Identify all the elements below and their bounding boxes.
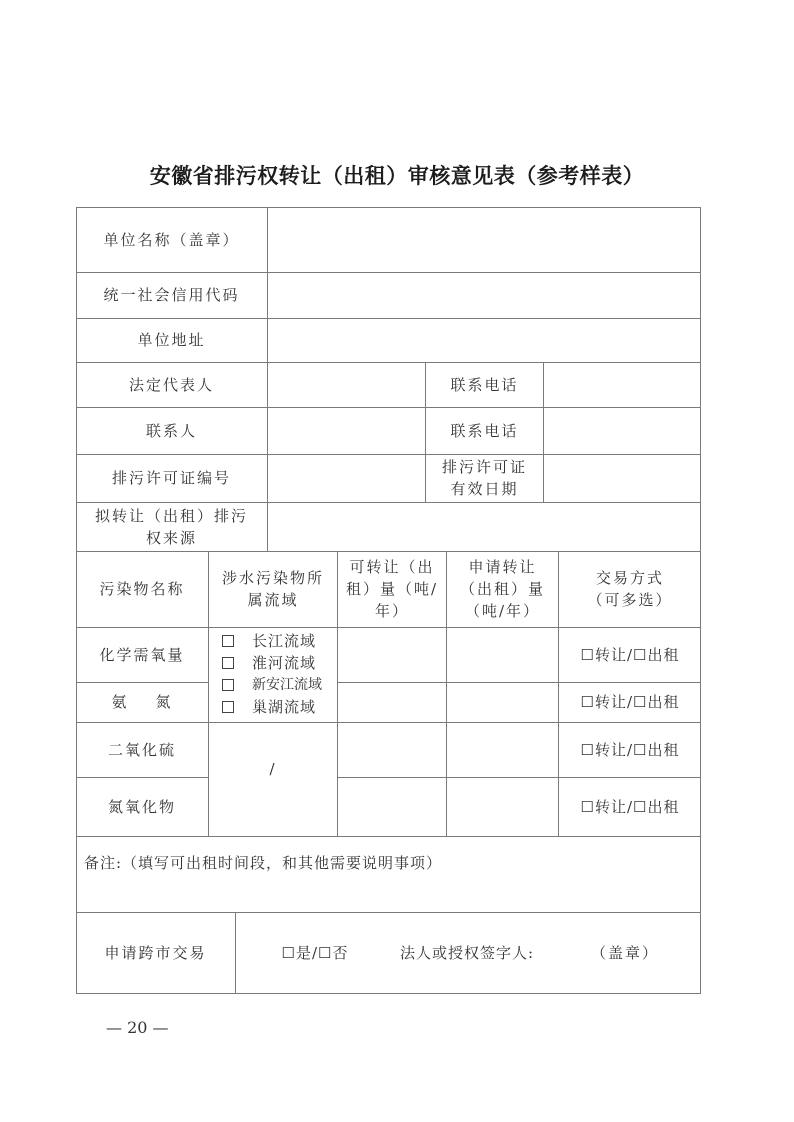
basin-checkbox-group: 长江流域 淮河流域 新安江流域 巢湖流域 — [208, 627, 337, 725]
transferable-field[interactable] — [338, 682, 446, 722]
page-number: — 20 — — [106, 1018, 169, 1037]
permit-valid-label: 排污许可证 有效日期 — [426, 454, 543, 502]
transferable-field[interactable] — [338, 722, 446, 777]
unit-name-label: 单位名称（盖章） — [76, 207, 267, 272]
permit-valid-field[interactable] — [544, 454, 701, 502]
header-mode-line1: 交易方式 — [596, 567, 664, 589]
header-apply-line1: 申请转让 — [468, 556, 536, 578]
apply-field[interactable] — [447, 627, 558, 682]
contact-field[interactable] — [268, 407, 425, 454]
header-transferable-line3: 年） — [375, 600, 409, 622]
header-transferable-line1: 可转让（出 — [349, 556, 434, 578]
cross-city-options[interactable]: ☐是/☐否 — [270, 912, 360, 994]
pollutant-name: 化学需氧量 — [76, 627, 208, 682]
mode-options[interactable]: ☐转让/☐出租 — [559, 722, 701, 777]
basin-label: 巢湖流域 — [252, 696, 316, 718]
mode-options[interactable]: ☐转让/☐出租 — [559, 777, 701, 836]
remarks-field[interactable]: 备注:（填写可出租时间段，和其他需要说明事项） — [76, 836, 701, 912]
contact-label: 联系人 — [76, 407, 267, 454]
header-transferable-line2: 租）量（吨/ — [346, 578, 438, 600]
phone-label-1: 联系电话 — [426, 362, 543, 407]
permit-no-field[interactable] — [268, 454, 425, 502]
header-pollutant-name: 污染物名称 — [76, 551, 208, 627]
address-field[interactable] — [268, 318, 701, 362]
source-label: 拟转让（出租）排污 权来源 — [76, 502, 267, 551]
transferable-field[interactable] — [338, 627, 446, 682]
checkbox-icon[interactable] — [222, 635, 234, 647]
seal-label: （盖章） — [580, 912, 670, 994]
phone-label-2: 联系电话 — [426, 407, 543, 454]
header-basin-line1: 涉水污染物所 — [222, 567, 324, 589]
header-mode-line2: （可多选） — [587, 589, 672, 611]
apply-field[interactable] — [447, 722, 558, 777]
phone-field-2[interactable] — [544, 407, 701, 454]
apply-field[interactable] — [447, 777, 558, 836]
pollutant-name: 氮氧化物 — [76, 777, 208, 836]
checkbox-icon[interactable] — [222, 701, 234, 713]
basin-option[interactable]: 巢湖流域 — [208, 696, 337, 718]
header-transferable: 可转让（出 租）量（吨/ 年） — [338, 551, 446, 627]
mode-options[interactable]: ☐转让/☐出租 — [559, 627, 701, 682]
apply-field[interactable] — [447, 682, 558, 722]
unit-name-field[interactable] — [268, 207, 701, 272]
remarks-label: 备注:（填写可出租时间段，和其他需要说明事项） — [84, 852, 442, 874]
header-apply-line2: （出租）量 — [460, 578, 545, 600]
page-title: 安徽省排污权转让（出租）审核意见表（参考样表） — [0, 160, 794, 190]
source-field[interactable] — [268, 502, 701, 551]
address-label: 单位地址 — [76, 318, 267, 362]
source-label-line1: 拟转让（出租）排污 — [95, 505, 248, 527]
header-basin: 涉水污染物所 属流域 — [209, 551, 337, 627]
checkbox-icon[interactable] — [222, 657, 234, 669]
source-label-line2: 权来源 — [146, 527, 197, 549]
phone-field-1[interactable] — [544, 362, 701, 407]
pollutant-name: 氨 氮 — [76, 682, 208, 722]
permit-valid-label-line1: 排污许可证 — [442, 456, 527, 478]
cross-city-label: 申请跨市交易 — [76, 912, 235, 994]
non-water-basin: / — [209, 722, 337, 836]
legal-rep-label: 法定代表人 — [76, 362, 267, 407]
pollutant-name: 二氧化硫 — [76, 722, 208, 777]
header-basin-line2: 属流域 — [247, 589, 298, 611]
header-apply-line3: （吨/年） — [465, 600, 540, 622]
legal-rep-field[interactable] — [268, 362, 425, 407]
basin-label: 淮河流域 — [252, 652, 316, 674]
basin-option[interactable]: 长江流域 — [208, 630, 337, 652]
transferable-field[interactable] — [338, 777, 446, 836]
header-apply: 申请转让 （出租）量 （吨/年） — [447, 551, 558, 627]
permit-no-label: 排污许可证编号 — [76, 454, 267, 502]
basin-option[interactable]: 淮河流域 — [208, 652, 337, 674]
basin-label: 新安江流域 — [252, 674, 322, 696]
credit-code-field[interactable] — [268, 272, 701, 318]
signatory-label: 法人或授权签字人: — [382, 912, 552, 994]
credit-code-label: 统一社会信用代码 — [76, 272, 267, 318]
header-mode: 交易方式 （可多选） — [559, 551, 701, 627]
divider — [235, 912, 236, 994]
mode-options[interactable]: ☐转让/☐出租 — [559, 682, 701, 722]
permit-valid-label-line2: 有效日期 — [450, 478, 518, 500]
basin-label: 长江流域 — [252, 630, 316, 652]
checkbox-icon[interactable] — [222, 679, 234, 691]
basin-option[interactable]: 新安江流域 — [208, 674, 337, 696]
